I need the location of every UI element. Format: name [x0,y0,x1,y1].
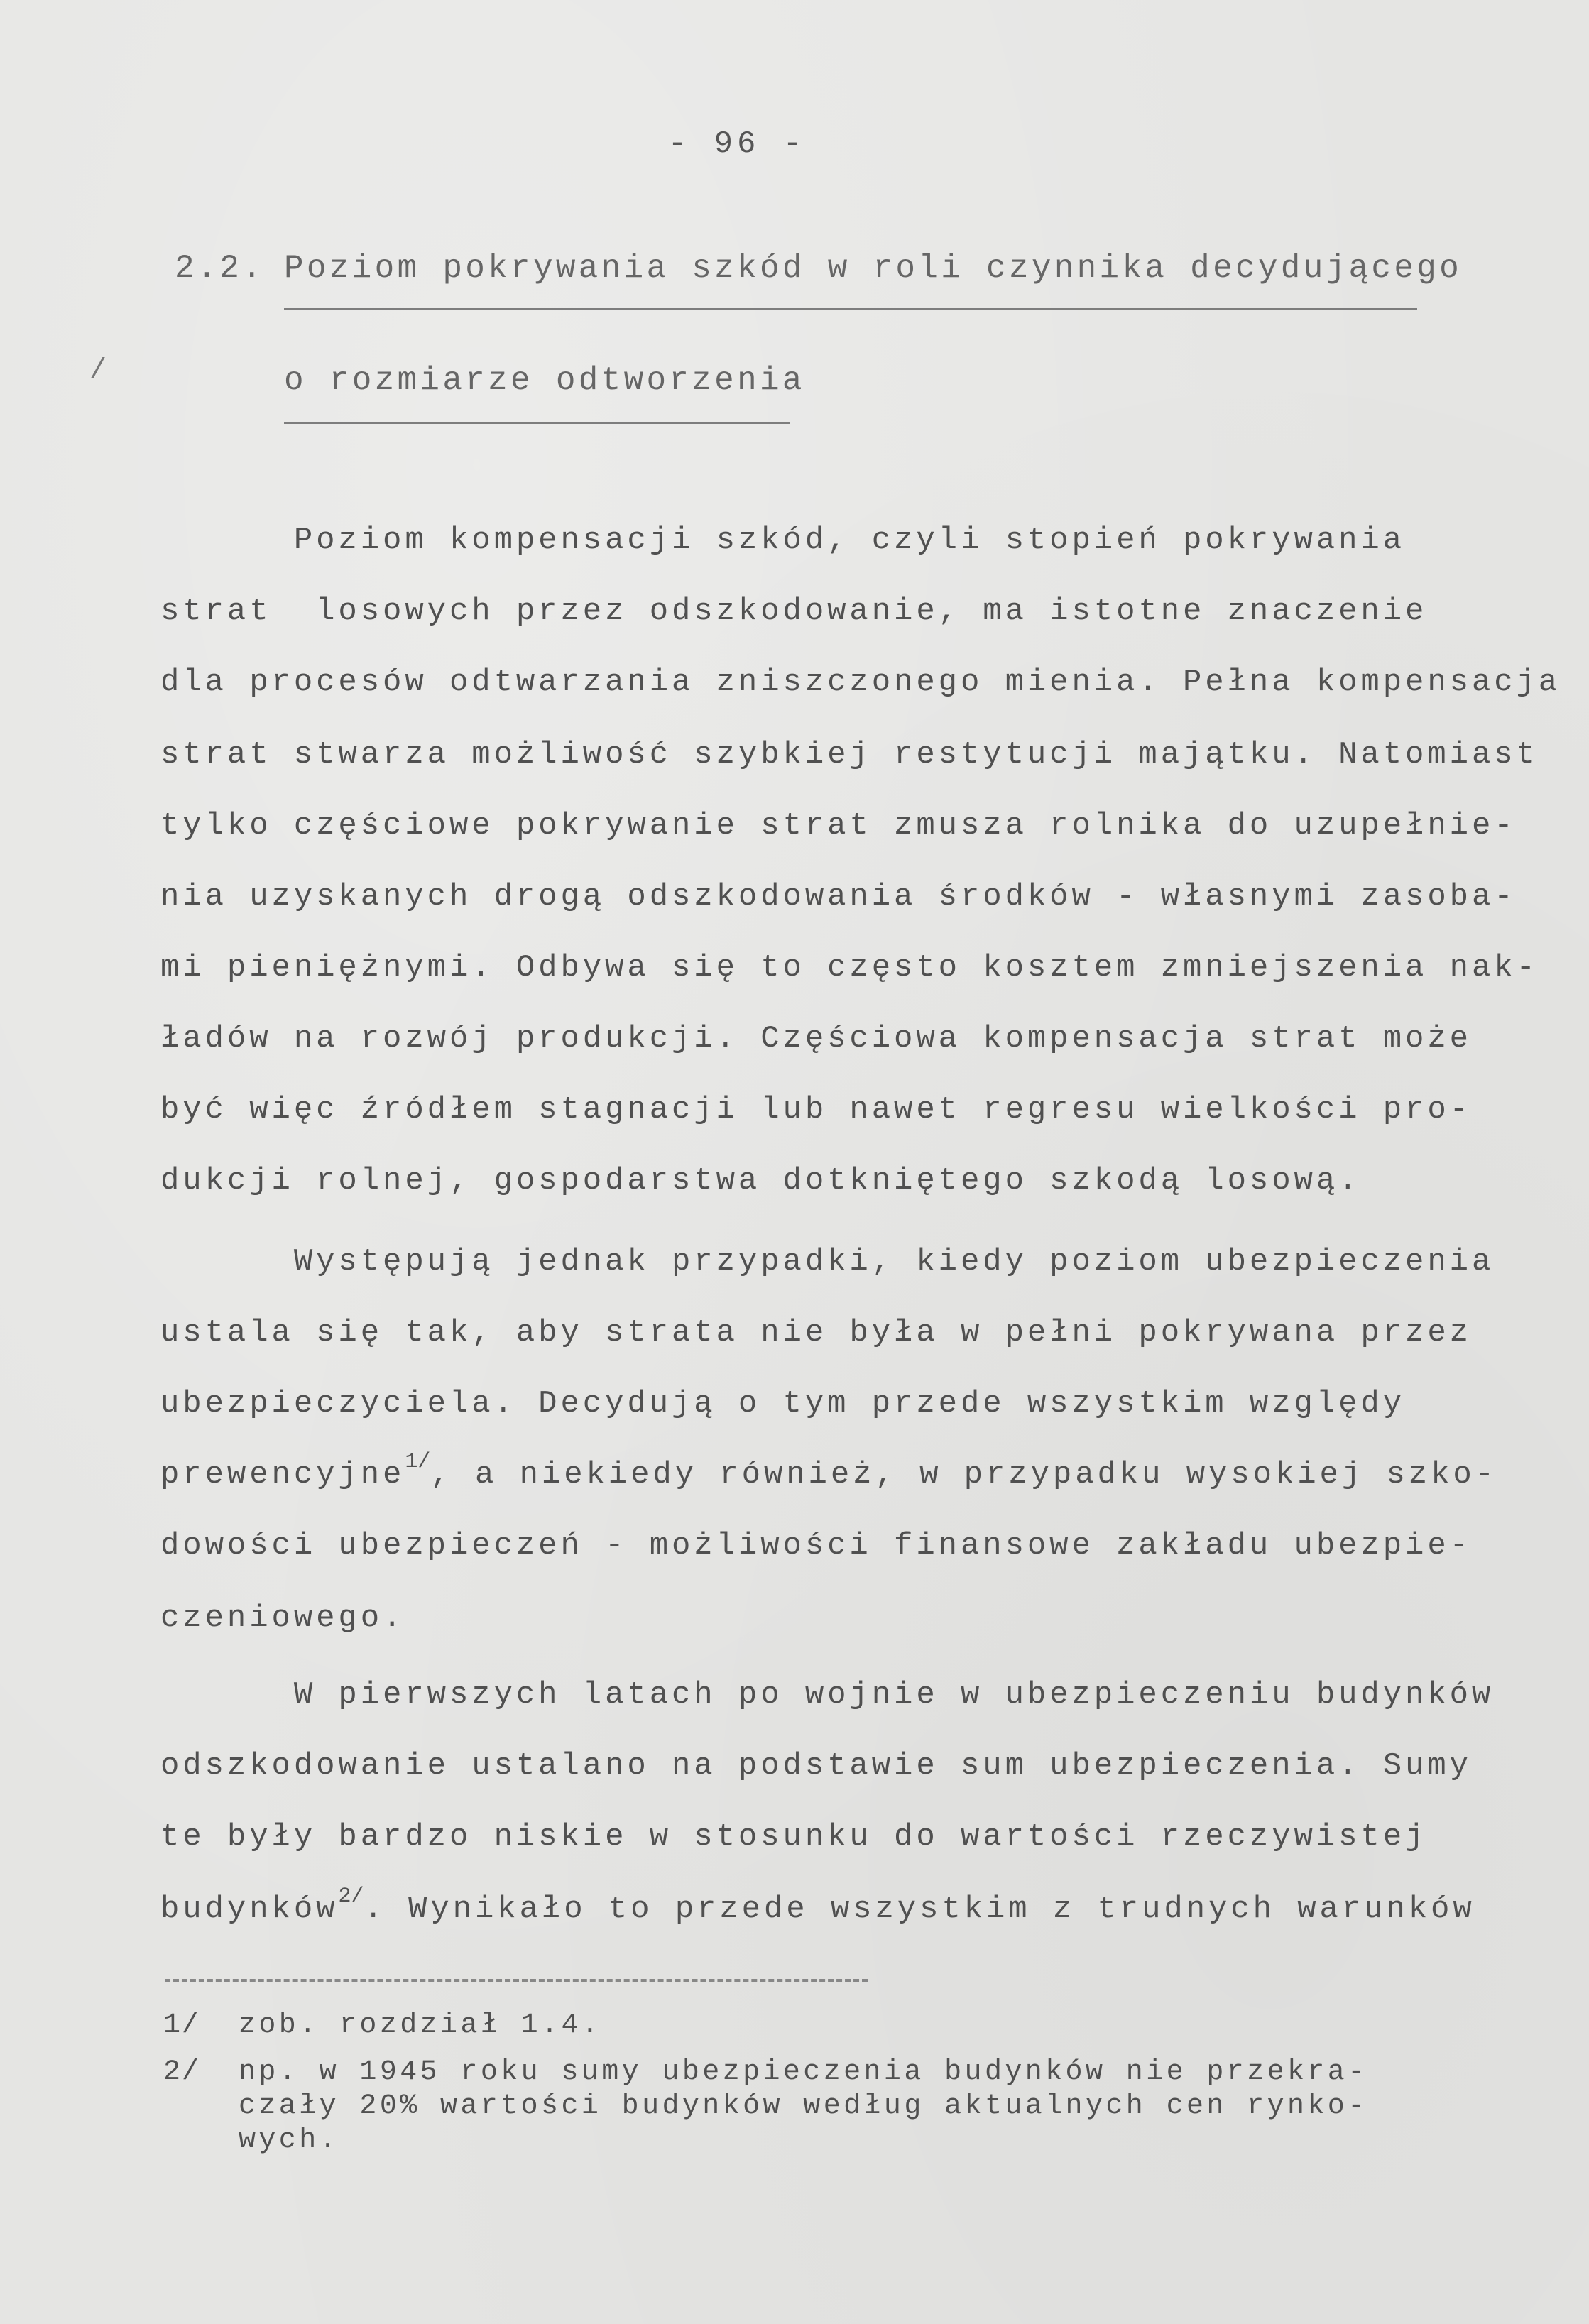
text-line: ubezpieczyciela. Decydują o tym przede w… [160,1386,1405,1422]
footnote-ref-1: 1/ [405,1450,430,1474]
section-title-line-2: o rozmiarze odtworzenia [284,362,805,399]
text-fragment: . Wynikało to przede wszystkim z trudnyc… [364,1892,1475,1927]
text-line: nia uzyskanych drogą odszkodowania środk… [160,879,1517,915]
text-line: być więc źródłem stagnacji lub nawet reg… [160,1092,1472,1128]
text-line: dukcji rolnej, gospodarstwa dotkniętego … [160,1163,1360,1199]
text-line: dowości ubezpieczeń - możliwości finanso… [160,1528,1472,1564]
section-title-line-1: Poziom pokrywania szkód w roli czynnika … [284,250,1462,287]
footnote-ref-2: 2/ [338,1884,364,1909]
text-line: odszkodowanie ustalano na podstawie sum … [160,1748,1472,1784]
text-line: mi pieniężnymi. Odbywa się to często kos… [160,950,1539,986]
text-line: Występują jednak przypadki, kiedy poziom… [160,1244,1494,1280]
footnote-text: wych. [239,2124,339,2156]
text-line: tylko częściowe pokrywanie strat zmusza … [160,808,1517,844]
footnote-text: czały 20% wartości budynków według aktua… [239,2090,1368,2122]
text-fragment: , a niekiedy również, w przypadku wysoki… [430,1457,1497,1493]
text-line: ładów na rozwój produkcji. Częściowa kom… [160,1021,1472,1057]
footnote-marker: 1/ [163,2009,200,2041]
text-line: dla procesów odtwarzania zniszczonego mi… [160,665,1561,700]
footnote-text: zob. rozdział 1.4. [239,2009,601,2041]
footnote-separator [165,1979,868,1982]
text-line: prewencyjne1/, a niekiedy również, w prz… [160,1457,1497,1493]
text-line: strat stwarza możliwość szybkiej restytu… [160,737,1539,773]
text-line: strat losowych przez odszkodowanie, ma i… [160,594,1427,629]
section-number: 2.2. [175,250,264,287]
document-page: - 96 - 2.2. Poziom pokrywania szkód w ro… [0,0,1589,2324]
text-fragment: budynków [160,1892,338,1927]
stray-pen-mark: / [89,355,107,387]
text-fragment: prewencyjne [160,1457,405,1493]
text-line: ustala się tak, aby strata nie była w pe… [160,1315,1472,1351]
text-line: Poziom kompensacji szkód, czyli stopień … [160,523,1405,558]
text-line: W pierwszych latach po wojnie w ubezpiec… [160,1677,1494,1713]
page-number: - 96 - [0,126,1474,162]
footnote-text: np. w 1945 roku sumy ubezpieczenia budyn… [239,2056,1368,2088]
title-underline [284,422,790,424]
title-underline [284,308,1417,310]
text-line: te były bardzo niskie w stosunku do wart… [160,1819,1427,1855]
footnote-marker: 2/ [163,2056,200,2088]
text-line: budynków2/. Wynikało to przede wszystkim… [160,1892,1475,1927]
text-line: czeniowego. [160,1600,405,1636]
